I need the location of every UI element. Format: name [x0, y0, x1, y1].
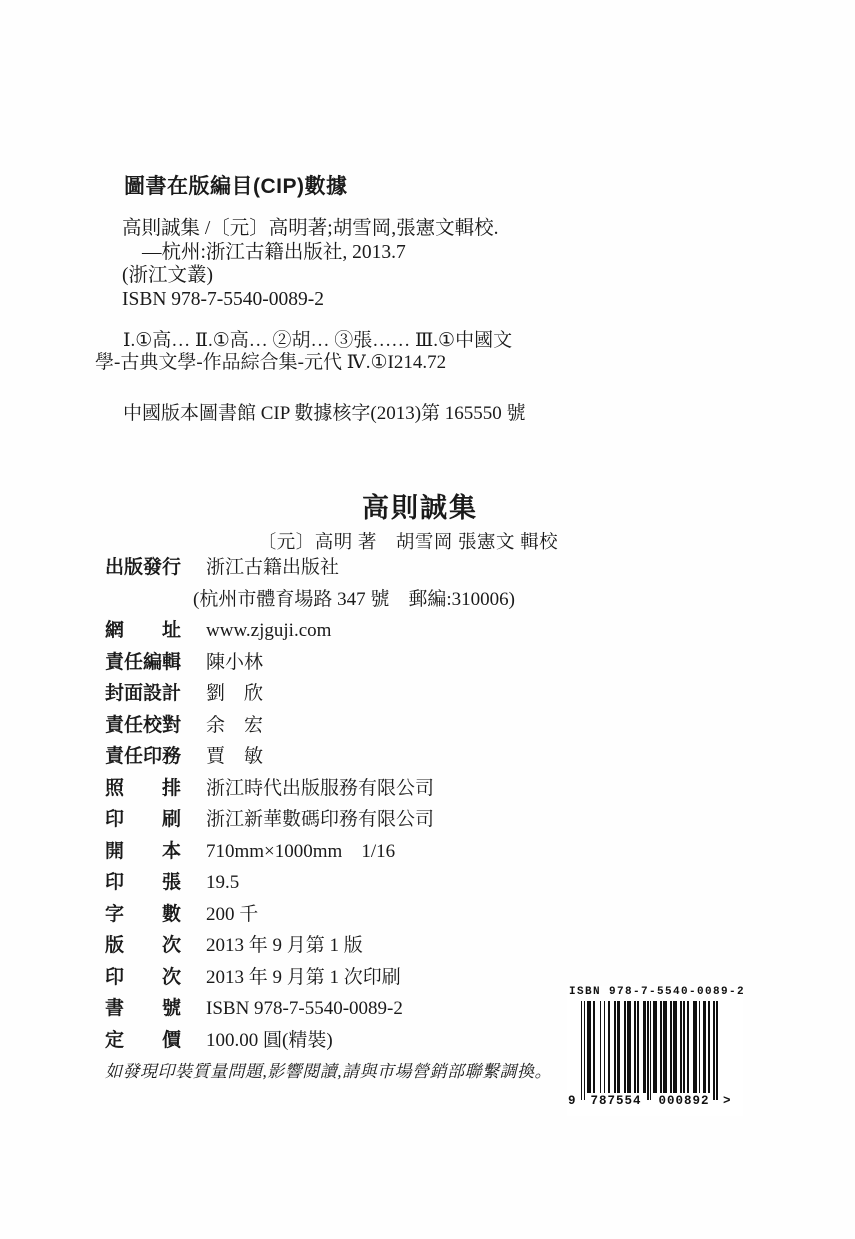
colophon-row-isbn: 書 號 ISBN 978-7-5540-0089-2 — [105, 993, 552, 1025]
cip-description: 高則誠集 /〔元〕高明著;胡雪岡,張憲文輯校. —杭州:浙江古籍出版社, 201… — [122, 217, 498, 311]
barcode-digits: 9 787554 000892 > — [567, 1094, 743, 1109]
colophon-label: 網 址 — [105, 615, 183, 647]
cip-record-number: 中國版本圖書館 CIP 數據核字(2013)第 165550 號 — [123, 398, 526, 425]
colophon-label: 印 刷 — [105, 804, 183, 836]
barcode-end-mark: > — [723, 1094, 731, 1108]
barcode-bars — [581, 1001, 743, 1100]
colophon-label: 責任校對 — [105, 710, 183, 742]
colophon-value: 劉 欣 — [206, 678, 263, 710]
colophon-value: ISBN 978-7-5540-0089-2 — [206, 993, 403, 1025]
colophon-value: 100.00 圓(精裝) — [206, 1025, 333, 1057]
colophon-value: 賈 敏 — [206, 741, 263, 773]
colophon-value: 710mm×1000mm 1/16 — [206, 836, 395, 868]
colophon-label: 開 本 — [105, 836, 183, 868]
colophon-label: 印 張 — [105, 867, 183, 899]
colophon-value: 余 宏 — [206, 710, 263, 742]
colophon-label: 封面設計 — [105, 678, 183, 710]
cip-line-isbn: ISBN 978-7-5540-0089-2 — [122, 288, 498, 312]
colophon-row-edition: 版 次 2013 年 9 月第 1 版 — [105, 930, 552, 962]
colophon-label: 責任印務 — [105, 741, 183, 773]
colophon-value: www.zjguji.com — [206, 615, 331, 647]
colophon-row-proofreader: 責任校對 余 宏 — [105, 710, 552, 742]
colophon-value: 浙江古籍出版社 — [206, 552, 339, 584]
colophon-table: 出版發行 浙江古籍出版社 (杭州市體育場路 347 號 郵編:310006) 網… — [105, 552, 552, 1088]
colophon-value: 19.5 — [206, 867, 239, 899]
cip-classification-line1: Ⅰ.①高… Ⅱ.①高… ②胡… ③張…… Ⅲ.①中國文 — [95, 330, 512, 352]
colophon-row-print-manager: 責任印務 賈 敏 — [105, 741, 552, 773]
colophon-row-price: 定 價 100.00 圓(精裝) — [105, 1025, 552, 1057]
colophon-row-format: 開 本 710mm×1000mm 1/16 — [105, 836, 552, 868]
barcode-isbn-text: ISBN 978-7-5540-0089-2 — [567, 986, 743, 998]
book-copyright-page: 圖書在版編目(CIP)數據 高則誠集 /〔元〕高明著;胡雪岡,張憲文輯校. —杭… — [0, 0, 855, 1239]
barcode-digit-group-left: 787554 — [586, 1094, 646, 1108]
colophon-label: 責任編輯 — [105, 647, 183, 679]
colophon-value: 陳小林 — [206, 647, 263, 679]
colophon-value: 200 千 — [206, 899, 258, 931]
isbn-barcode: ISBN 978-7-5540-0089-2 9 787554 000892 > — [567, 986, 743, 1116]
cip-classification: Ⅰ.①高… Ⅱ.①高… ②胡… ③張…… Ⅲ.①中國文 學-古典文學-作品綜合集… — [95, 330, 512, 373]
quality-exchange-note: 如發現印裝質量問題,影響閱讀,請與市場營銷部聯繫調換。 — [105, 1056, 552, 1088]
cip-classification-line2: 學-古典文學-作品綜合集-元代 Ⅳ.①I214.72 — [95, 352, 512, 374]
colophon-value: 浙江時代出版服務有限公司 — [206, 773, 434, 805]
colophon-row-website: 網 址 www.zjguji.com — [105, 615, 552, 647]
colophon-label: 版 次 — [105, 930, 183, 962]
colophon-row-publisher: 出版發行 浙江古籍出版社 — [105, 552, 552, 584]
colophon-value: 浙江新華數碼印務有限公司 — [206, 804, 434, 836]
colophon-row-sheets: 印 張 19.5 — [105, 867, 552, 899]
book-title: 高則誠集 — [0, 486, 840, 525]
colophon-label: 照 排 — [105, 773, 183, 805]
colophon-label: 字 數 — [105, 899, 183, 931]
cip-line-series: (浙江文叢) — [122, 264, 498, 288]
colophon-value: 2013 年 9 月第 1 版 — [206, 930, 363, 962]
colophon-row-cover-design: 封面設計 劉 欣 — [105, 678, 552, 710]
cip-line-publisher: —杭州:浙江古籍出版社, 2013.7 — [122, 241, 498, 265]
colophon-label: 出版發行 — [105, 552, 183, 584]
colophon-row-typesetting: 照 排 浙江時代出版服務有限公司 — [105, 773, 552, 805]
colophon-label: 書 號 — [105, 993, 183, 1025]
colophon-row-word-count: 字 數 200 千 — [105, 899, 552, 931]
book-authors: 〔元〕高明 著 胡雪岡 張憲文 輯校 — [0, 528, 816, 554]
colophon-value: 2013 年 9 月第 1 次印刷 — [206, 962, 401, 994]
barcode-digit-lead: 9 — [568, 1094, 576, 1108]
colophon-row-editor: 責任編輯 陳小林 — [105, 647, 552, 679]
colophon-row-impression: 印 次 2013 年 9 月第 1 次印刷 — [105, 962, 552, 994]
cip-header: 圖書在版編目(CIP)數據 — [124, 170, 348, 200]
cip-line-title: 高則誠集 /〔元〕高明著;胡雪岡,張憲文輯校. — [122, 217, 498, 241]
publisher-address: (杭州市體育場路 347 號 郵編:310006) — [193, 584, 552, 616]
colophon-label: 印 次 — [105, 962, 183, 994]
barcode-digit-group-right: 000892 — [654, 1094, 714, 1108]
colophon-label: 定 價 — [105, 1025, 183, 1057]
colophon-row-printing: 印 刷 浙江新華數碼印務有限公司 — [105, 804, 552, 836]
